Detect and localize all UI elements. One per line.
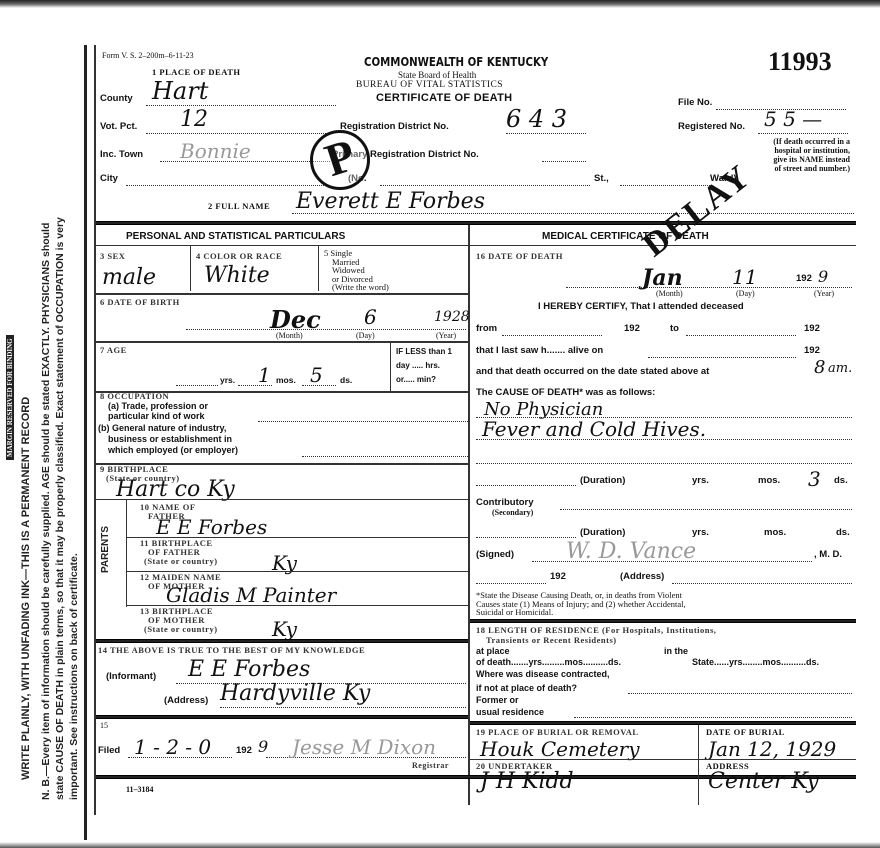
- filed-label: Filed: [98, 745, 120, 756]
- city-line: [126, 185, 326, 186]
- occupation-a-line-fill: [258, 421, 468, 422]
- scan-top-edge: [0, 0, 880, 8]
- certify-statement: I HEREBY CERTIFY, That I attended deceas…: [538, 301, 744, 312]
- duration-fill-line: [476, 485, 576, 486]
- occupation-a: (a) Trade, profession or particular kind…: [108, 401, 208, 421]
- of-death-line: of death.......yrs.........mos..........…: [476, 657, 621, 667]
- parents-label: PARENTS: [100, 526, 111, 573]
- circle-p-stamp: P: [310, 130, 370, 190]
- from-year: 192: [624, 323, 640, 334]
- sex-label: 3 SEX: [100, 251, 125, 261]
- full-name-label: 2 FULL NAME: [208, 201, 270, 211]
- file-no-label: File No.: [678, 97, 712, 108]
- to-label: to: [670, 323, 679, 334]
- if-less-line: IF LESS than 1: [396, 345, 452, 359]
- divider-age: [96, 341, 468, 343]
- true-statement-label: 14 THE ABOVE IS TRUE TO THE BEST OF MY K…: [98, 645, 365, 655]
- dob-line: [186, 329, 466, 330]
- dod-month: Jan: [642, 265, 683, 291]
- if-less-label: IF LESS than 1 day ..... hrs. or..... mi…: [396, 345, 452, 387]
- md-label: , M. D.: [814, 549, 842, 560]
- hospital-note-line: hospital or institution,: [716, 146, 850, 155]
- personal-section-title: PERSONAL AND STATISTICAL PARTICULARS: [126, 231, 345, 242]
- vot-pct-label: Vot. Pct.: [100, 121, 137, 132]
- informant-address-line: [220, 707, 466, 708]
- margin-nb-line2: state CAUSE OF DEATH in plain terms, so …: [54, 217, 66, 800]
- age-ds-label: ds.: [340, 375, 352, 385]
- inc-town-value: Bonnie: [180, 139, 251, 163]
- occupation-label: 8 OCCUPATION: [100, 391, 169, 401]
- duration-ds-value: 3: [808, 467, 821, 491]
- dob-month: Dec: [270, 305, 321, 334]
- left-margin: N. B.—Every item of information should b…: [0, 40, 84, 840]
- if-not-place-label: if not at place of death?: [476, 683, 577, 693]
- divider-if-less: [390, 341, 391, 391]
- mother-birthplace-value: Ky: [272, 617, 297, 641]
- burial-date-label: DATE OF BURIAL: [706, 727, 785, 737]
- father-bp-label-line: (State or country): [140, 557, 218, 566]
- death-time-suffix: am.: [828, 361, 852, 376]
- stamp-letter: P: [318, 128, 361, 187]
- footnote: *State the Disease Causing Death, or, in…: [476, 591, 686, 617]
- age-yrs-line: [176, 385, 218, 386]
- occupation-b: (b) General nature of industry, business…: [98, 423, 238, 456]
- physician-address-label: (Address): [620, 571, 664, 582]
- dob-day-caption: (Day): [356, 331, 375, 340]
- footnote-line: Suicidal or Homicidal.: [476, 608, 686, 617]
- duration2-label: (Duration): [580, 527, 625, 538]
- divider-race: [318, 245, 319, 291]
- occupation-b-line-fill: [302, 456, 468, 457]
- reg-district-line: [506, 133, 586, 134]
- divider-name: [96, 221, 856, 225]
- divider-residence: [470, 619, 856, 623]
- race-label: 4 COLOR OR RACE: [196, 251, 282, 261]
- title-board: State Board of Health: [398, 70, 476, 80]
- state-line: State......yrs........mos..........ds.: [692, 657, 819, 667]
- dob-month-caption: (Month): [276, 331, 303, 340]
- if-less-line: or..... min?: [396, 373, 452, 387]
- duration2-mos-label: mos.: [764, 527, 786, 538]
- divider-burial: [470, 721, 856, 725]
- father-birthplace-label: 11 BIRTHPLACE OF FATHER (State or countr…: [140, 539, 218, 566]
- street-line: [380, 185, 590, 186]
- former-or-label: Former or: [476, 695, 519, 705]
- race-value: White: [204, 263, 270, 288]
- contributory-line: [560, 509, 852, 510]
- signed-label: (Signed): [476, 549, 514, 560]
- parents-divider: [126, 499, 127, 607]
- last-saw-line: [648, 357, 796, 358]
- full-name-value: Everett E Forbes: [296, 189, 485, 214]
- duration-label: (Duration): [580, 475, 625, 486]
- occupation-b-line: which employed (or employer): [98, 445, 238, 456]
- cause-fill-line2: [476, 439, 852, 440]
- cause-fill-line3: [476, 463, 852, 464]
- from-line: [502, 335, 602, 336]
- duration-ds-label: ds.: [834, 475, 848, 486]
- scan-bottom-edge: [0, 842, 880, 848]
- secondary-label: (Secondary): [492, 508, 533, 517]
- signed-year: 192: [550, 571, 566, 582]
- informant-address-value: Hardyville Ky: [220, 681, 370, 706]
- divider-personal-title: [96, 245, 468, 246]
- dod-month-caption: (Month): [656, 289, 683, 298]
- physician-address-line: [672, 583, 852, 584]
- city-label: City: [100, 173, 118, 184]
- informant-address-label: (Address): [164, 695, 208, 706]
- to-line: [686, 335, 796, 336]
- inc-town-label: Inc. Town: [100, 149, 143, 160]
- vot-pct-line: [146, 133, 326, 134]
- duration2-yrs-label: yrs.: [692, 527, 709, 538]
- undertaker-address-value: Center Ky: [708, 769, 819, 794]
- filed-year-prefix: 192: [236, 745, 252, 756]
- divider-informant: [96, 639, 468, 643]
- residence-label1: 18 LENGTH OF RESIDENCE (For Hospitals, I…: [476, 625, 716, 635]
- marital-line: (Write the word): [324, 283, 389, 292]
- dod-day: 11: [732, 265, 757, 289]
- where-contracted-line: [628, 693, 852, 694]
- footer-code: 11–3184: [126, 785, 154, 794]
- reg-district-value: 6 4 3: [506, 105, 567, 133]
- death-time-value: 8: [814, 357, 825, 378]
- age-label: 7 AGE: [100, 345, 127, 355]
- dod-line: [566, 287, 852, 288]
- where-contracted-label: Where was disease contracted,: [476, 669, 610, 679]
- death-occurred-label: and that death occurred on the date stat…: [476, 366, 709, 377]
- age-ds-line: [302, 385, 336, 386]
- duration2-ds-label: ds.: [836, 527, 850, 538]
- physician-signature: W. D. Vance: [566, 539, 696, 564]
- age-yrs-label: yrs.: [220, 375, 235, 385]
- father-name-value: E E Forbes: [156, 515, 267, 539]
- dob-day: 6: [364, 305, 377, 329]
- item-15-label: 15: [100, 721, 108, 730]
- form-code: Form V. S. 2–200m–6-11-23: [102, 51, 194, 60]
- occupation-b-line: business or establishment in: [98, 434, 238, 445]
- divider-dob: [96, 293, 468, 295]
- ward-line: [620, 185, 710, 186]
- margin-binding-note: MARGIN RESERVED FOR BINDING: [6, 335, 14, 460]
- signed-date-line: [476, 583, 546, 584]
- from-label: from: [476, 323, 497, 334]
- delay-stamp: DELAY: [636, 157, 759, 264]
- at-place-label: at place: [476, 646, 510, 656]
- title-certificate: CERTIFICATE OF DEATH: [376, 92, 512, 104]
- to-year: 192: [804, 323, 820, 334]
- hospital-note-line: (If death occurred in a: [716, 137, 850, 146]
- duration2-fill-line: [476, 537, 576, 538]
- contributory-label: Contributory: [476, 497, 534, 508]
- marital-status-label: 5 Single Married Widowed or Divorced (Wr…: [324, 249, 389, 292]
- margin-nb-line3: important. See instructions on back of c…: [68, 553, 80, 800]
- last-saw-label: that I last saw h....... alive on: [476, 345, 603, 356]
- dod-label: 16 DATE OF DEATH: [476, 251, 563, 261]
- usual-residence-label: usual residence: [476, 707, 544, 717]
- divider-filed: [96, 715, 468, 719]
- county-value: Hart: [152, 77, 208, 105]
- st-label: St.,: [594, 173, 609, 184]
- in-the-label: in the: [664, 646, 688, 656]
- county-line: [146, 105, 336, 106]
- cause-line2: Fever and Cold Hives.: [482, 417, 706, 441]
- burial-place-value: Houk Cemetery: [480, 737, 640, 761]
- certificate-number: 11993: [768, 47, 832, 77]
- registered-no-label: Registered No.: [678, 121, 745, 132]
- duration-mos-label: mos.: [758, 475, 780, 486]
- dob-year: 1928: [434, 309, 470, 325]
- informant-value: E E Forbes: [188, 657, 310, 682]
- dob-year-caption: (Year): [436, 331, 456, 340]
- divider-parents: [96, 499, 468, 500]
- dod-year-prefix: 192: [796, 273, 812, 284]
- usual-residence-line: [574, 717, 852, 718]
- filed-year-suffix: 9: [258, 737, 268, 756]
- margin-nb-line1: N. B.—Every item of information should b…: [40, 223, 52, 800]
- occupation-b-line: (b) General nature of industry,: [98, 423, 238, 434]
- registered-no-value: 5 5 —: [764, 107, 822, 131]
- occupation-a-line: (a) Trade, profession or: [108, 401, 208, 411]
- margin-write-plainly: WRITE PLAINLY, WITH UNFADING INK—THIS IS…: [20, 397, 32, 780]
- primary-reg-line: [542, 161, 586, 162]
- filed-date-value: 1 - 2 - 0: [134, 735, 211, 759]
- age-mos-value: 1: [258, 363, 271, 387]
- dod-year-suffix: 9: [818, 267, 828, 286]
- duration-yrs-label: yrs.: [692, 475, 709, 486]
- divider-undertaker: [470, 759, 856, 760]
- mother-bp-label-line: (State or country): [140, 625, 218, 634]
- sex-value: male: [102, 265, 156, 290]
- dod-year-caption: (Year): [814, 289, 834, 298]
- last-saw-year: 192: [804, 345, 820, 356]
- residence-label2: Transients or Recent Residents): [486, 635, 617, 645]
- binding-rule: [84, 45, 87, 840]
- age-mos-label: mos.: [276, 375, 296, 385]
- reg-district-label: Registration District No.: [340, 121, 449, 132]
- if-less-line: day ..... hrs.: [396, 359, 452, 373]
- burial-place-label: 19 PLACE OF BURIAL OR REMOVAL: [476, 727, 639, 737]
- registrar-signature: Jesse M Dixon: [292, 735, 436, 759]
- informant-label: (Informant): [106, 671, 156, 682]
- vot-pct-value: 12: [180, 107, 208, 132]
- title-commonwealth: COMMONWEALTH OF KENTUCKY: [364, 55, 548, 69]
- registrar-label: Registrar: [412, 761, 449, 770]
- mother-birthplace-label: 13 BIRTHPLACE OF MOTHER (State or countr…: [140, 607, 218, 634]
- dob-label: 6 DATE OF BIRTH: [100, 297, 180, 307]
- title-bureau: BUREAU OF VITAL STATISTICS: [356, 80, 503, 90]
- occupation-a-line: particular kind of work: [108, 411, 208, 421]
- registered-no-line: [758, 133, 848, 134]
- county-label: County: [100, 93, 133, 104]
- dod-day-caption: (Day): [736, 289, 755, 298]
- burial-date-value: Jan 12, 1929: [708, 737, 836, 761]
- cause-label: The CAUSE OF DEATH* was as follows:: [476, 387, 655, 398]
- mother-name-value: Gladis M Painter: [166, 583, 336, 607]
- death-certificate-form: Form V. S. 2–200m–6-11-23 1 PLACE OF DEA…: [96, 45, 856, 815]
- divider-burial-date: [698, 725, 699, 805]
- divider-sex: [190, 245, 191, 291]
- place-of-death-label: 1 PLACE OF DEATH: [152, 67, 241, 77]
- undertaker-value: J H Kidd: [480, 769, 574, 794]
- age-ds-value: 5: [310, 363, 323, 387]
